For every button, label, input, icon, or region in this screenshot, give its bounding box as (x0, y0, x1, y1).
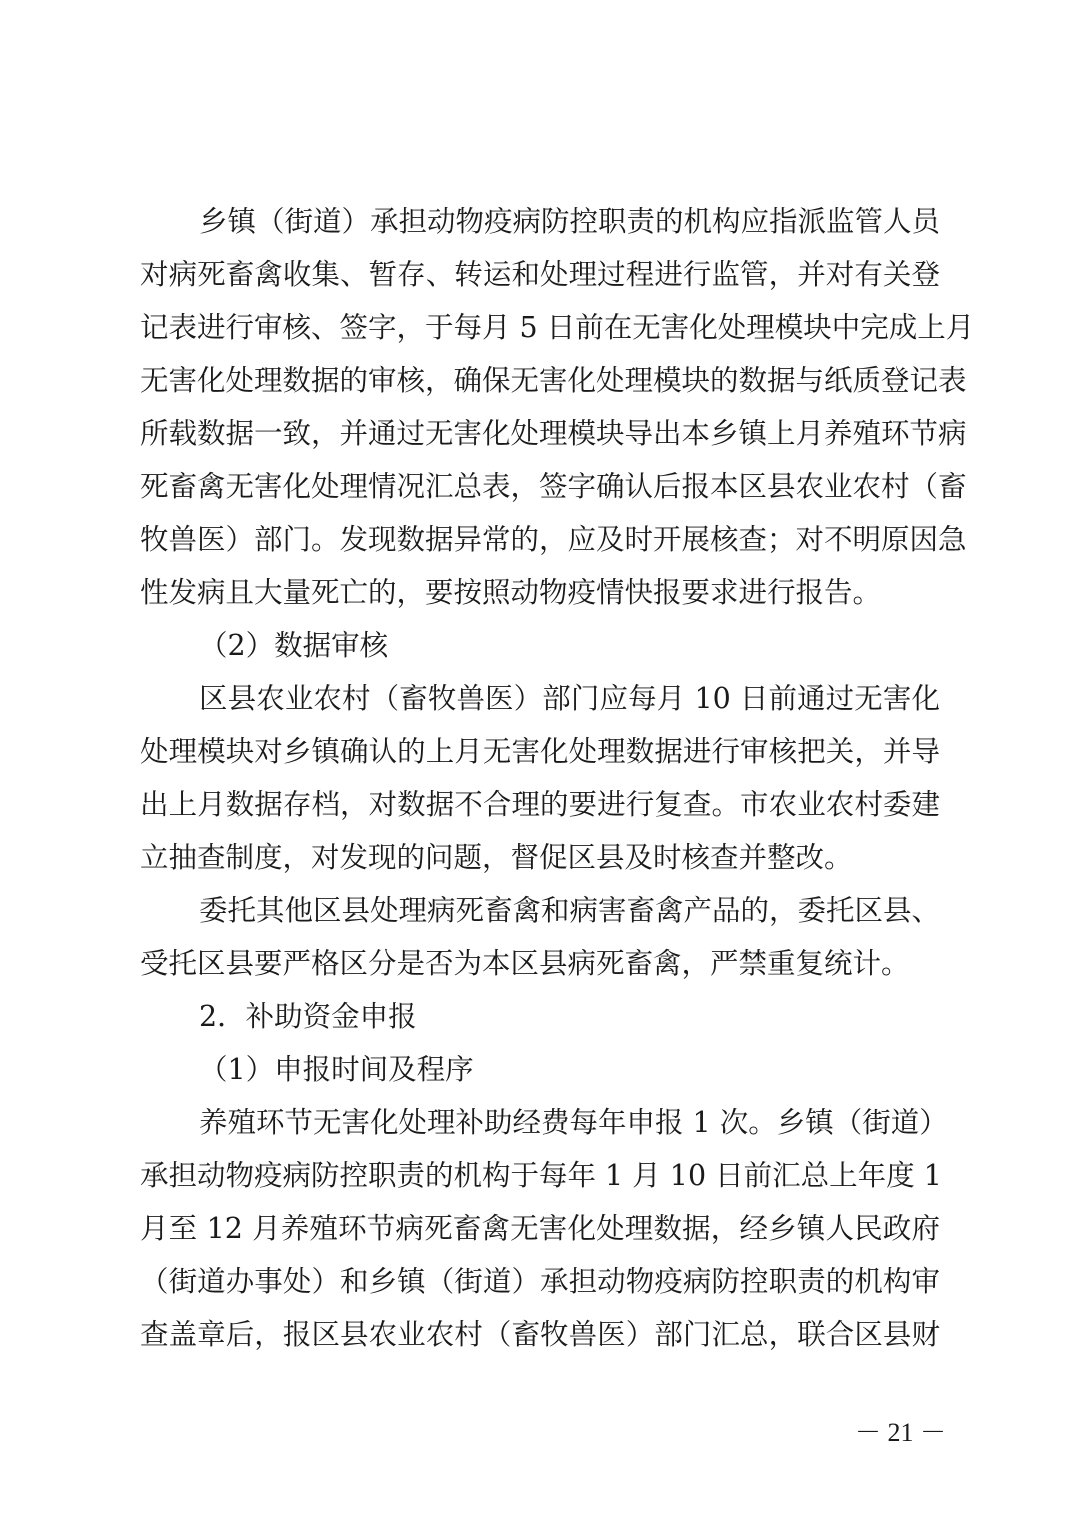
text-line: 死畜禽无害化处理情况汇总表，签字确认后报本区县农业农村（畜 (140, 469, 940, 505)
document-page: 乡镇（街道）承担动物疫病防控职责的机构应指派监管人员对病死畜禽收集、暂存、转运和… (0, 0, 1074, 1520)
text-line: 月至 12 月养殖环节病死畜禽无害化处理数据，经乡镇人民政府 (140, 1211, 940, 1247)
text-line: 2．补助资金申报 (199, 999, 940, 1035)
text-line: 性发病且大量死亡的，要按照动物疫情快报要求进行报告。 (140, 575, 940, 611)
text-line: （街道办事处）和乡镇（街道）承担动物疫病防控职责的机构审 (140, 1264, 940, 1300)
text-line: 对病死畜禽收集、暂存、转运和处理过程进行监管，并对有关登 (140, 257, 940, 293)
text-line: 立抽查制度，对发现的问题，督促区县及时核查并整改。 (140, 840, 940, 876)
text-line: 无害化处理数据的审核，确保无害化处理模块的数据与纸质登记表 (140, 363, 940, 399)
text-line: 牧兽医）部门。发现数据异常的，应及时开展核查；对不明原因急 (140, 522, 940, 558)
text-line: 查盖章后，报区县农业农村（畜牧兽医）部门汇总，联合区县财 (140, 1317, 940, 1353)
text-line: 处理模块对乡镇确认的上月无害化处理数据进行审核把关，并导 (140, 734, 940, 770)
text-line: 受托区县要严格区分是否为本区县病死畜禽，严禁重复统计。 (140, 946, 940, 982)
text-line: 委托其他区县处理病死畜禽和病害畜禽产品的，委托区县、 (199, 893, 940, 929)
text-line: （2）数据审核 (199, 628, 940, 664)
text-line: 所载数据一致，并通过无害化处理模块导出本乡镇上月养殖环节病 (140, 416, 940, 452)
text-line: 乡镇（街道）承担动物疫病防控职责的机构应指派监管人员 (199, 204, 940, 240)
text-line: （1）申报时间及程序 (199, 1052, 940, 1088)
text-line: 承担动物疫病防控职责的机构于每年 1 月 10 日前汇总上年度 1 (140, 1158, 940, 1194)
page-number: － 21 － (855, 1412, 945, 1449)
text-line: 区县农业农村（畜牧兽医）部门应每月 10 日前通过无害化 (199, 681, 940, 717)
text-line: 记表进行审核、签字，于每月 5 日前在无害化处理模块中完成上月 (140, 310, 940, 346)
text-line: 养殖环节无害化处理补助经费每年申报 1 次。乡镇（街道） (199, 1105, 940, 1141)
text-line: 出上月数据存档，对数据不合理的要进行复查。市农业农村委建 (140, 787, 940, 823)
